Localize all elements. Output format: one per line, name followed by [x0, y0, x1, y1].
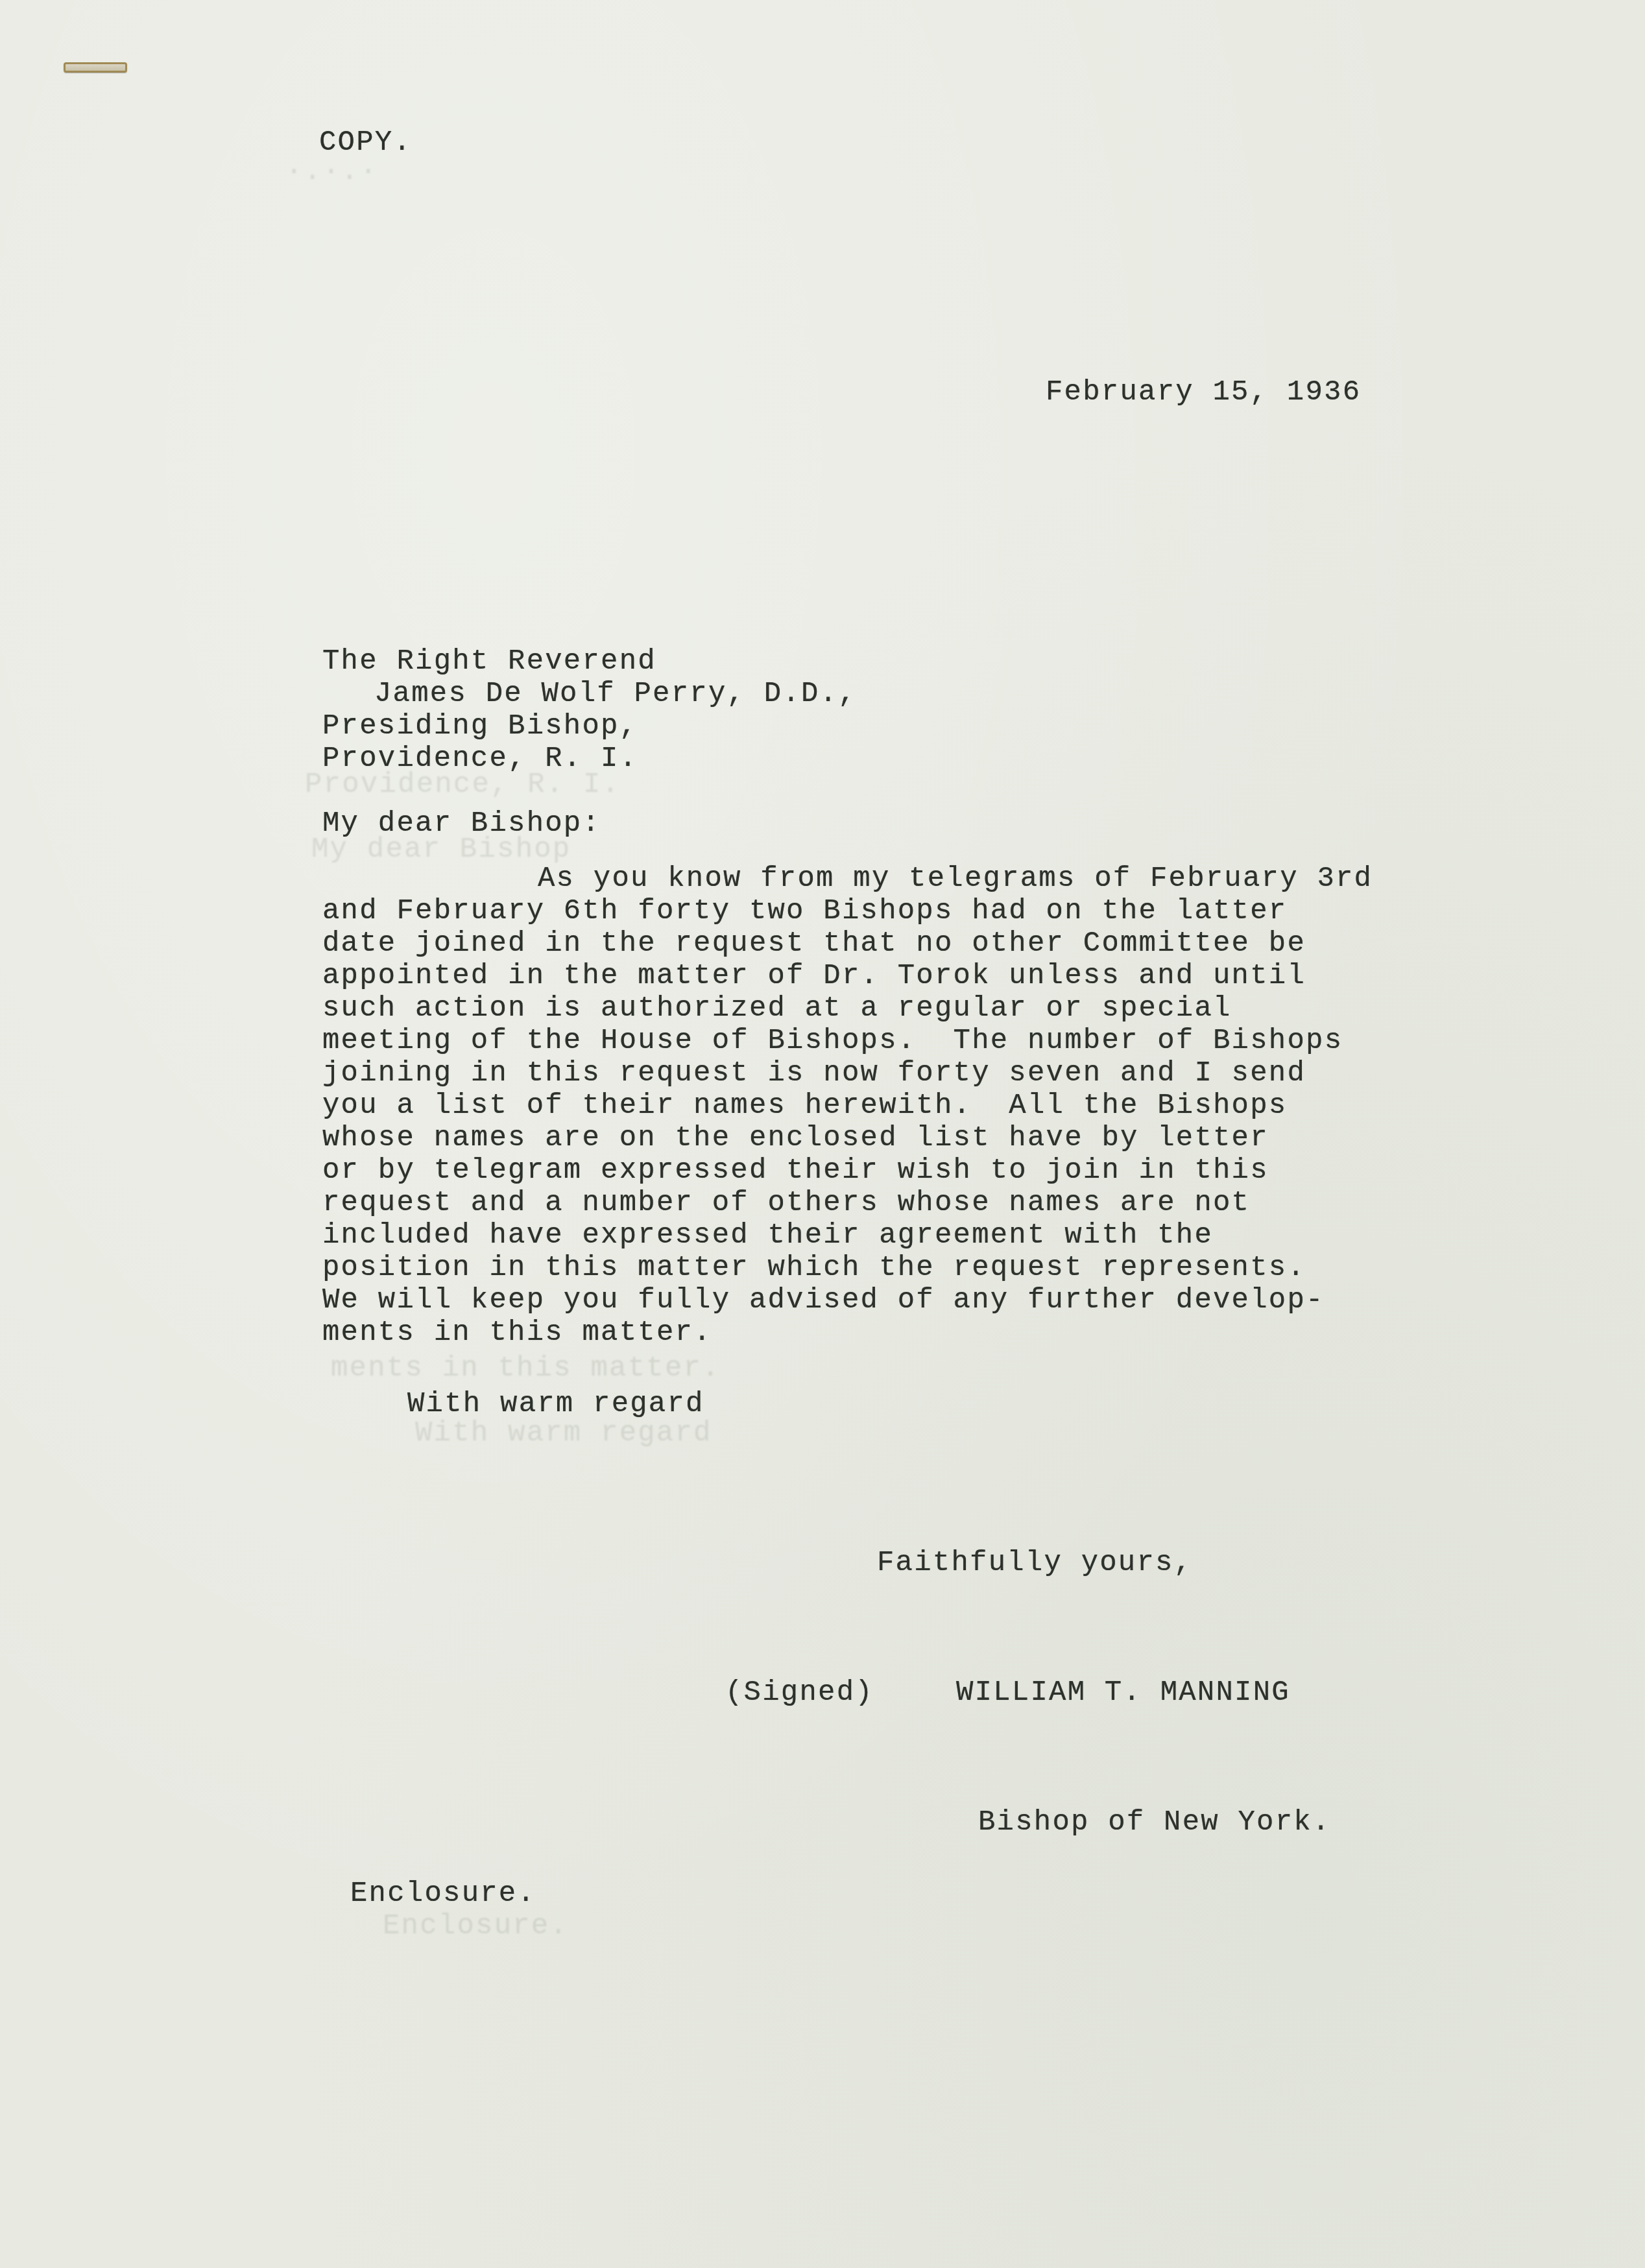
body-line: request and a number of others whose nam… [322, 1187, 1373, 1219]
ghost-impression: Enclosure. [383, 1910, 568, 1942]
body-line: ments in this matter. [322, 1317, 1373, 1349]
body-line: joining in this request is now forty sev… [322, 1057, 1373, 1090]
signer-name: WILLIAM T. MANNING [956, 1677, 1290, 1709]
body-line: and February 6th forty two Bishops had o… [322, 895, 1373, 927]
ghost-impression: ·.·.· [285, 156, 378, 188]
address-line-3: Presiding Bishop, [322, 710, 638, 743]
body-line: We will keep you fully advised of any fu… [322, 1284, 1373, 1317]
salutation: My dear Bishop: [322, 807, 601, 840]
body-line: whose names are on the enclosed list hav… [322, 1122, 1373, 1154]
body-line: position in this matter which the reques… [322, 1252, 1373, 1284]
enclosure-note: Enclosure. [350, 1878, 536, 1910]
body-line: meeting of the House of Bishops. The num… [322, 1025, 1373, 1057]
address-line-2: James De Wolf Perry, D.D., [374, 678, 857, 710]
letter-body: As you know from my telegrams of Februar… [322, 863, 1373, 1349]
body-line: included have expressed their agreement … [322, 1219, 1373, 1252]
signer-title: Bishop of New York. [978, 1806, 1330, 1839]
ghost-impression: ments in this matter. [331, 1352, 721, 1385]
body-line: you a list of their names herewith. All … [322, 1090, 1373, 1122]
body-line: such action is authorized at a regular o… [322, 992, 1373, 1025]
ghost-impression: With warm regard [415, 1417, 712, 1450]
body-line: appointed in the matter of Dr. Torok unl… [322, 960, 1373, 992]
signed-marker: (Signed) [725, 1677, 874, 1709]
address-line-1: The Right Reverend [322, 645, 656, 678]
copy-label: COPY. [319, 126, 412, 159]
closing-regard: With warm regard [407, 1388, 704, 1420]
letter-date: February 15, 1936 [1046, 376, 1361, 409]
letter-page: ·.·.· Providence, R. I. My dear Bishop m… [0, 0, 1645, 2268]
body-line: As you know from my telegrams of Februar… [322, 863, 1373, 895]
complimentary-close: Faithfully yours, [877, 1547, 1192, 1579]
address-line-4: Providence, R. I. [322, 743, 638, 775]
staple-icon [64, 62, 127, 73]
body-line: or by telegram expressed their wish to j… [322, 1154, 1373, 1187]
body-line: date joined in the request that no other… [322, 927, 1373, 960]
